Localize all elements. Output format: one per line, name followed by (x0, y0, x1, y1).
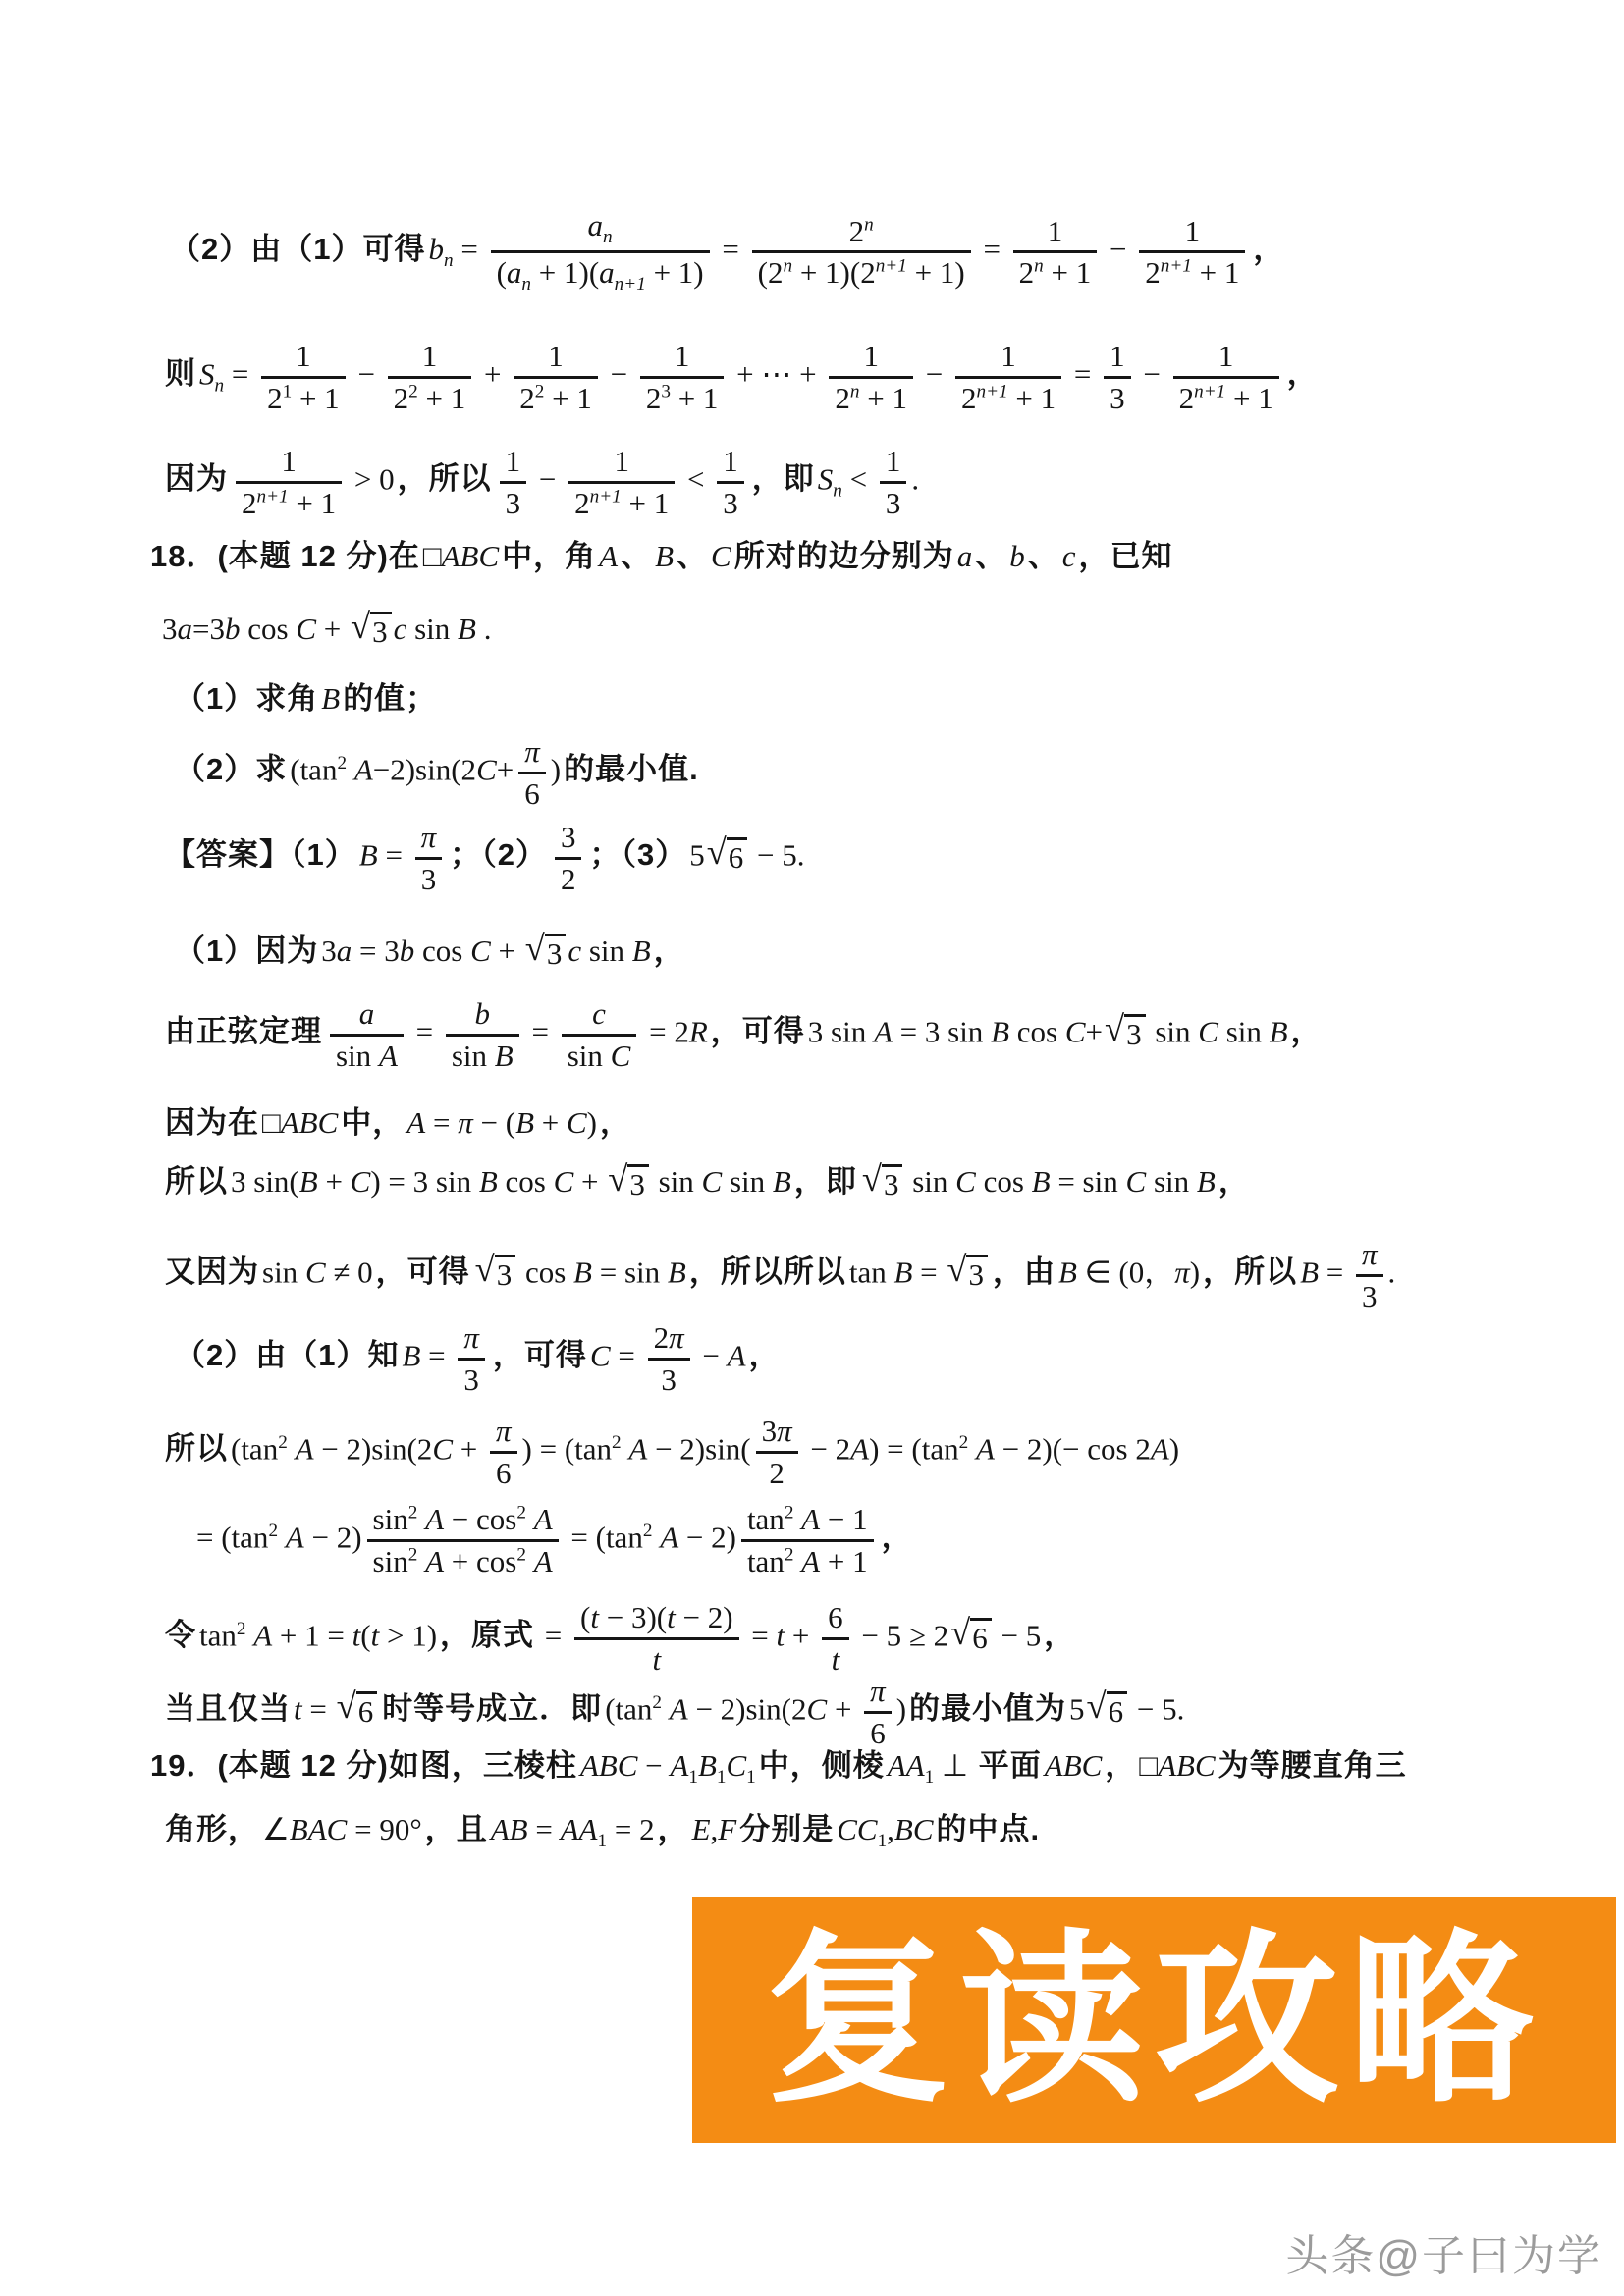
math-text: 3 (547, 936, 563, 971)
math-line-9: （1）因为3a = 3b cos C + √3c sin B， (172, 933, 688, 971)
math-text: ) = (tan (869, 1431, 959, 1466)
fraction: 12n + 1 (1013, 214, 1098, 291)
math-text: − 5. (1129, 1691, 1184, 1726)
fraction: π6 (518, 734, 546, 811)
math-text: 2 (1179, 381, 1195, 415)
math-text: − 3)( (599, 1600, 667, 1634)
math-text: sin (568, 1039, 611, 1073)
math-text: + (1086, 1014, 1103, 1048)
math-text: π (496, 1414, 512, 1448)
supscript: 2 (643, 1521, 653, 1541)
math-text: 3 (561, 820, 576, 854)
cjk-text: （1）求角 (172, 681, 321, 716)
math-text: π (458, 1105, 473, 1140)
math-text: S (818, 461, 834, 496)
math-text: π (1174, 1255, 1190, 1289)
math-text: C (1065, 1014, 1086, 1048)
math-text: = (715, 232, 747, 266)
math-text: 3 (762, 1414, 778, 1448)
fraction: 13 (1104, 339, 1131, 415)
math-text: . (476, 612, 492, 646)
math-line-2: 则Sn = 121 + 1 − 122 + 1 + 122 + 1 − 123 … (162, 339, 1322, 415)
math-text: = (912, 1255, 945, 1289)
supscript: 2 (278, 1432, 288, 1453)
math-text: ( (580, 1600, 590, 1634)
math-text: 1 (1110, 339, 1125, 373)
math-text: = (528, 1812, 561, 1846)
cjk-text: ， (651, 934, 688, 968)
math-line-12: 所以3 sin(B + C) = 3 sin B cos C + √3 sin … (162, 1163, 1253, 1201)
math-text: R (689, 1014, 708, 1048)
math-text: 1 (863, 339, 879, 373)
math-text: C (567, 1105, 587, 1140)
math-line-3: 因为12n+1 + 1 > 0，所以13 − 12n+1 + 1 < 13，即S… (162, 444, 919, 520)
supscript: 2 (785, 1544, 794, 1565)
fraction: bsin B (446, 996, 519, 1073)
math-text: − ( (473, 1105, 515, 1140)
math-text: B (458, 612, 476, 646)
fraction: an(an + 1)(an+1 + 1) (491, 208, 710, 296)
math-text: a (957, 539, 973, 573)
fraction: (t − 3)(t − 2)t (574, 1600, 739, 1677)
math-text: −2)sin(2 (373, 752, 476, 786)
cjk-text: 又因为 (162, 1255, 262, 1289)
math-text: 6 (1109, 1694, 1124, 1729)
math-text: π (463, 1320, 479, 1355)
math-text: + (476, 356, 509, 391)
math-line-10: 由正弦定理asin A = bsin B = csin C = 2R，可得3 s… (162, 996, 1326, 1073)
math-text: B (321, 681, 340, 716)
math-text: A (425, 1502, 444, 1536)
math-text: A (534, 1544, 553, 1578)
cjk-text: ， (746, 1338, 784, 1372)
math-text: cos (1009, 1014, 1065, 1048)
math-text: 2 (1145, 255, 1161, 290)
fraction: π6 (864, 1674, 892, 1750)
math-text: B (495, 1039, 514, 1073)
fraction: 32 (555, 820, 582, 896)
math-text: 6 (972, 1621, 988, 1655)
math-text: = (1319, 1255, 1351, 1289)
math-text: ) (551, 752, 561, 786)
math-text: 2 (574, 486, 590, 520)
math-text: 1 (614, 444, 629, 478)
cjk-text: ，所以 (395, 461, 495, 496)
supscript: n+1 (1161, 256, 1192, 277)
radical: √3 (608, 1164, 649, 1201)
math-text: b (428, 232, 444, 266)
math-text: 2 (961, 381, 977, 415)
math-text: + 1 (1008, 381, 1056, 415)
math-text: 6 (870, 1716, 886, 1750)
cjk-text: ，即 (791, 1164, 860, 1199)
radical-sign-icon: √ (608, 1161, 627, 1198)
math-text: B (1032, 1164, 1051, 1199)
math-text (526, 1502, 534, 1536)
cjk-text: 角形， (162, 1812, 262, 1846)
math-text: BC (894, 1812, 934, 1846)
math-line-19: 19．(本题 12 分)如图，三棱柱ABC − A1B1C1中，侧棱AA1 ⊥ … (147, 1747, 1410, 1789)
math-text: = 2 (641, 1014, 688, 1048)
cjk-text: 平面 (976, 1748, 1045, 1783)
supscript: n (1034, 256, 1044, 277)
math-text: π (870, 1674, 886, 1708)
math-text: (2 (758, 255, 784, 290)
math-text: + (573, 1164, 606, 1199)
math-text: , (887, 1812, 894, 1846)
math-text: 1 (281, 444, 297, 478)
math-text: ( (497, 255, 507, 290)
math-text: t (777, 1618, 785, 1652)
math-text: > 0 (347, 461, 394, 496)
math-text: C (590, 1338, 611, 1372)
math-text (417, 1502, 425, 1536)
cjk-text: 为等腰直角三 (1216, 1748, 1410, 1783)
math-text: + (827, 1691, 859, 1726)
radical-sign-icon: √ (1087, 1688, 1107, 1725)
math-text: A (801, 1544, 820, 1578)
math-text: a (178, 612, 193, 646)
math-text: = 90° (347, 1812, 421, 1846)
math-text: 2 (1019, 255, 1035, 290)
math-text: + 1)( (531, 255, 599, 290)
math-line-11: 因为在□ABC中，A = π − (B + C)， (162, 1104, 634, 1143)
math-text: 2 (267, 381, 283, 415)
math-text: 3 (1110, 381, 1125, 415)
radical-sign-icon: √ (707, 834, 727, 871)
math-text: cos (498, 1164, 554, 1199)
math-text: + 1 (671, 381, 718, 415)
math-text: b (475, 996, 491, 1031)
supscript: 2 (959, 1432, 969, 1453)
math-text: AA (561, 1812, 598, 1846)
cjk-text: 的中点. (934, 1812, 1044, 1846)
cjk-text: ，已知 (1075, 539, 1175, 573)
math-text: = 2 (607, 1812, 654, 1846)
cjk-text: ，可得 (490, 1338, 590, 1372)
supscript: 1 (283, 381, 293, 401)
math-text: F (718, 1812, 736, 1846)
fraction: 13 (717, 444, 744, 520)
math-text: = (tan (564, 1520, 643, 1554)
math-text: + (316, 612, 349, 646)
math-text: B (1270, 1014, 1288, 1048)
math-text: C (1126, 1164, 1147, 1199)
math-text: − (637, 1748, 670, 1783)
math-text: c (592, 996, 606, 1031)
math-text: C (305, 1255, 326, 1289)
math-text: = 3 (352, 934, 399, 968)
math-text: + 1 (820, 1544, 867, 1578)
math-text: 2 (519, 381, 535, 415)
radical: √3 (475, 1255, 516, 1292)
supscript: 2 (408, 381, 418, 401)
math-text: C (476, 752, 497, 786)
math-text: 3 (321, 934, 337, 968)
supscript: 2 (516, 1503, 526, 1523)
radical: √6 (707, 837, 748, 875)
math-text: ) (587, 1105, 597, 1140)
math-text: 2 (849, 214, 865, 248)
math-text: < (842, 461, 875, 496)
math-text: ⊥ (934, 1748, 976, 1783)
cjk-text: （2）求 (172, 752, 290, 786)
math-text: − (1102, 232, 1134, 266)
math-line-14: （2）由（1）知B = π3，可得C = 2π3 − A， (172, 1320, 784, 1397)
math-text: > 1) (379, 1618, 437, 1652)
math-line-4: 18．(本题 12 分)在□ABC中，角A、B、C所对的边分别为a、b、c，已知 (147, 538, 1175, 576)
radical-sign-icon: √ (337, 1688, 356, 1725)
math-text: cos (517, 1255, 573, 1289)
math-text: + 1) (646, 255, 704, 290)
math-text: C (554, 1164, 574, 1199)
math-text: 3 (886, 486, 901, 520)
math-text: π (777, 1414, 792, 1448)
math-text: a (359, 996, 375, 1031)
cjk-text: 的最小值. (561, 752, 702, 786)
math-text: = (378, 837, 410, 872)
math-text: 1 (296, 339, 311, 373)
math-text: ABC (580, 1748, 638, 1783)
math-text: + (491, 934, 523, 968)
math-text: − (531, 461, 564, 496)
cjk-text: 、 (1025, 539, 1062, 573)
cjk-text: （1）因为 (172, 934, 321, 968)
fraction: π3 (1356, 1237, 1383, 1313)
supscript: 2 (408, 1544, 418, 1565)
math-text: t (832, 1642, 840, 1677)
math-text (288, 1431, 296, 1466)
subscript: n (833, 480, 842, 501)
math-text: sin (581, 934, 632, 968)
math-text: ) = 3 sin (370, 1164, 478, 1199)
math-text: = (1066, 356, 1099, 391)
subscript: n (521, 274, 531, 294)
cjk-text: 当且仅当 (162, 1691, 294, 1726)
math-text: − 5. (749, 837, 804, 872)
math-text: + (453, 1431, 485, 1466)
math-text: + ⋯ + (729, 356, 824, 391)
math-text: 2 (835, 381, 850, 415)
math-line-18: 当且仅当t = √6时等号成立．即(tan2 A − 2)sin(2C + π6… (162, 1674, 1184, 1750)
math-text: + 1)(2 (792, 255, 876, 290)
math-text: 1 (506, 444, 521, 478)
math-text: tan (747, 1502, 785, 1536)
math-text: 3 (661, 1362, 677, 1397)
fraction: 12n+1 + 1 (1173, 339, 1279, 415)
math-text: A (728, 1338, 746, 1372)
supscript: 2 (612, 1432, 622, 1453)
math-text: 1 (1218, 339, 1234, 373)
math-text: − 2) (676, 1600, 733, 1634)
math-text: CC (837, 1812, 877, 1846)
math-text: A (801, 1502, 820, 1536)
math-text: 3 (497, 1257, 513, 1292)
math-text: B (1300, 1255, 1319, 1289)
subscript: 1 (925, 1767, 935, 1788)
math-text: 3 (162, 612, 178, 646)
math-text: B (991, 1014, 1009, 1048)
math-text: cos (240, 612, 296, 646)
math-text: − (603, 356, 635, 391)
math-text: . (911, 461, 919, 496)
math-text: 6 (828, 1600, 843, 1634)
math-text: 1 (1048, 214, 1063, 248)
math-text: □ (423, 539, 442, 573)
fraction: 2n(2n + 1)(2n+1 + 1) (752, 214, 971, 291)
math-text: tan (747, 1544, 785, 1578)
math-text: t (352, 1618, 361, 1652)
radical-sign-icon: √ (351, 609, 370, 645)
math-text: tan (199, 1618, 237, 1652)
math-text: sin (1218, 1014, 1270, 1048)
math-text: BAC (290, 1812, 348, 1846)
math-text: B (773, 1164, 791, 1199)
cjk-text: 、 (972, 539, 1009, 573)
cjk-text: 所以 (162, 1164, 231, 1199)
fraction: 12n+1 + 1 (236, 444, 342, 520)
math-text: B (573, 1255, 592, 1289)
cjk-text: ，可得 (708, 1014, 808, 1048)
math-text: sin (1146, 1164, 1197, 1199)
math-text: 6 (358, 1694, 374, 1729)
supscript: n (864, 214, 874, 235)
math-text: = (302, 1691, 335, 1726)
supscript: n+1 (976, 381, 1007, 401)
math-line-6: （1）求角B的值； (172, 680, 440, 719)
math-text: − (918, 356, 950, 391)
math-text: A (976, 1431, 995, 1466)
math-text: − 5 ≥ 2 (854, 1618, 949, 1652)
math-text: A (425, 1544, 444, 1578)
fraction: 12n+1 + 1 (568, 444, 675, 520)
math-text: c (1062, 539, 1076, 573)
math-text: + 1 (1225, 381, 1272, 415)
math-text: + (534, 1105, 567, 1140)
math-text: ≠ 0 (326, 1255, 373, 1289)
math-text: t (371, 1618, 380, 1652)
math-text: □ (1139, 1748, 1158, 1783)
math-text: B (402, 1338, 420, 1372)
math-text: ABC (442, 539, 500, 573)
math-text: 1 (675, 339, 690, 373)
math-text: 3 (1126, 1017, 1142, 1051)
subscript: 1 (746, 1767, 756, 1788)
watermark-text: 头条@子曰为学 (1285, 2220, 1602, 2283)
math-text: sin (452, 1039, 495, 1073)
math-text: a (599, 255, 615, 290)
math-line-15: 所以(tan2 A − 2)sin(2C + π6) = (tan2 A − 2… (162, 1414, 1179, 1490)
math-text: 1 (548, 339, 564, 373)
math-text: b (225, 612, 241, 646)
math-text: = (524, 1014, 557, 1048)
math-text: ABC (281, 1105, 339, 1140)
math-text: A (599, 539, 618, 573)
math-text: ) (1169, 1431, 1179, 1466)
supscript: 3 (661, 381, 671, 401)
math-text (278, 1520, 286, 1554)
cjk-text: ， (597, 1105, 634, 1140)
fraction: π6 (490, 1414, 517, 1490)
math-text: =3 (192, 612, 225, 646)
math-text: C (611, 1039, 631, 1073)
math-text: ) = (tan (522, 1431, 613, 1466)
math-text: C (807, 1691, 828, 1726)
math-text: + (785, 1618, 817, 1652)
radical-sign-icon: √ (862, 1161, 882, 1198)
math-line-7: （2）求(tan2 A−2)sin(2C+π6)的最小值. (172, 734, 702, 811)
math-text: t (590, 1600, 599, 1634)
math-text: 5 (1069, 1691, 1085, 1726)
math-text: = (224, 356, 256, 391)
math-text: A (850, 1431, 869, 1466)
math-text: C (726, 1748, 746, 1783)
math-text: − 2)(− cos 2 (995, 1431, 1151, 1466)
math-text: B (359, 837, 378, 872)
math-line-20: 角形，∠BAC = 90°，且AB = AA1 = 2，E,F分别是CC1,BC… (162, 1811, 1043, 1853)
math-text: A (296, 1431, 314, 1466)
cjk-text: ；（3） (586, 837, 689, 872)
math-text: A (406, 1105, 425, 1140)
math-text: − 2) (678, 1520, 736, 1554)
math-text: 1 (422, 339, 438, 373)
cjk-text: ；（2） (447, 837, 550, 872)
math-text: E (692, 1812, 711, 1846)
cjk-text: ， (1041, 1618, 1078, 1652)
supscript: 2 (268, 1521, 278, 1541)
math-text: + 1 (289, 486, 336, 520)
math-text: + 1) (907, 255, 965, 290)
fraction: sin2 A − cos2 Asin2 A + cos2 A (367, 1502, 559, 1578)
math-text: t (652, 1642, 661, 1677)
radical: √6 (337, 1691, 378, 1729)
math-text: (tan (605, 1691, 652, 1726)
math-text: 3 (1362, 1279, 1378, 1313)
cjk-text: 【答案】（1） (162, 837, 359, 872)
math-text: 3 (884, 1167, 899, 1201)
cjk-text: ， (1102, 1748, 1139, 1783)
math-text: sin (373, 1544, 408, 1578)
fraction: π3 (458, 1320, 485, 1397)
cjk-text: 因为在 (162, 1105, 262, 1140)
radical: √3 (1105, 1014, 1146, 1051)
document-page: （2）由（1）可得bn = an(an + 1)(an+1 + 1) = 2n(… (0, 0, 1624, 2296)
supscript: n (783, 256, 792, 277)
math-text: π (1362, 1237, 1378, 1271)
math-text: S (199, 356, 215, 391)
cjk-text: 分别是 (736, 1812, 837, 1846)
radical-sign-icon: √ (950, 1615, 970, 1651)
math-text: C (1198, 1014, 1218, 1048)
radical: √3 (525, 934, 567, 971)
math-text (968, 1431, 976, 1466)
math-text: 6 (729, 840, 744, 875)
cjk-text: 的最小值为 (906, 1691, 1069, 1726)
math-text: π (524, 734, 540, 769)
math-text: π (421, 820, 437, 854)
supscript: n (850, 381, 860, 401)
math-text: C (432, 1431, 453, 1466)
math-text: = sin (1051, 1164, 1126, 1199)
math-text: + 1 (1192, 255, 1239, 290)
fraction: asin A (330, 996, 404, 1073)
math-text: − 2) (304, 1520, 362, 1554)
math-text: + (318, 1164, 351, 1199)
cjk-text: 、 (674, 539, 711, 573)
fraction: 12n + 1 (829, 339, 913, 415)
math-text: c (394, 612, 407, 646)
math-text: AB (491, 1812, 528, 1846)
